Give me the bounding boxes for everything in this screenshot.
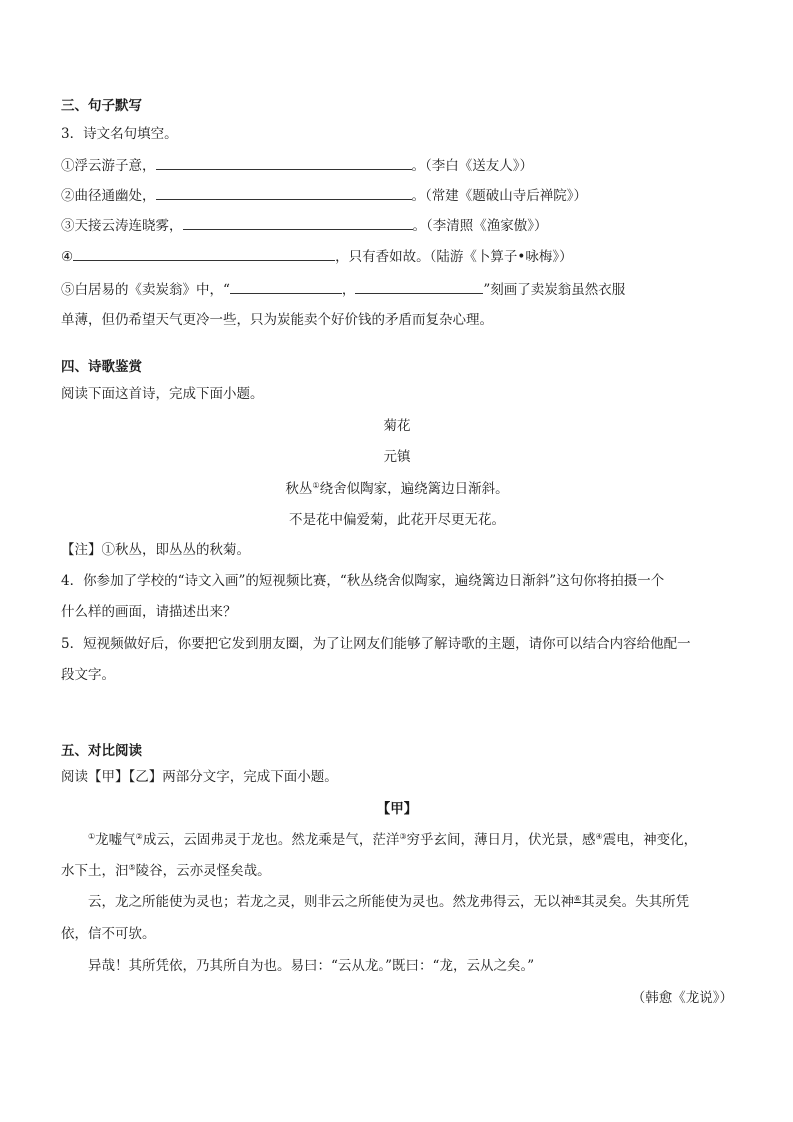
question-5-line-1: 5．短视频做好后，你要把它发到朋友圈，为了让网友们能够了解诗歌的主题，请你可以结… — [61, 635, 691, 653]
question-4-line-1: 4．你参加了学校的“诗文入画”的短视频比赛，“秋丛绕舍似陶家，遍绕篱边日渐斜”这… — [61, 572, 664, 590]
passage-jia-p1-line-2: 水下土，汩⑤陵谷，云亦灵怪矣哉。 — [61, 862, 271, 880]
poem-title: 菊花 — [61, 417, 733, 435]
answer-blank[interactable] — [73, 246, 335, 261]
question-3: 3．诗文名句填空。 — [61, 125, 178, 143]
section-5-heading: 五、对比阅读 — [61, 742, 142, 760]
fill-item-5: ⑤白居易的《卖炭翁》中，“，”刻画了卖炭翁虽然衣服 — [61, 279, 625, 299]
answer-blank[interactable] — [183, 215, 413, 230]
question-4-line-2: 什么样的画面，请描述出来？ — [61, 603, 237, 621]
poem-line-1: 秋丛①绕舍似陶家，遍绕篱边日渐斜。 — [61, 480, 733, 498]
answer-blank[interactable] — [355, 279, 483, 294]
answer-blank[interactable] — [156, 185, 412, 200]
fill-item-5-continued: 单薄，但仍希望天气更冷一些，只为炭能卖个好价钱的矛盾而复杂心理。 — [61, 311, 493, 329]
section-5-intro: 阅读【甲】【乙】两部分文字，完成下面小题。 — [61, 768, 338, 786]
passage-jia-p3: 异哉！其所凭依，乃其所自为也。易曰：“云从龙。”既曰：“龙，云从之矣。” — [61, 957, 534, 975]
passage-jia-p2-line-2: 依，信不可欤。 — [61, 925, 156, 943]
poem-line-2: 不是花中偏爱菊，此花开尽更无花。 — [61, 511, 733, 529]
section-3-heading: 三、句子默写 — [61, 97, 142, 115]
fill-item-1: ①浮云游子意，。（李白《送友人》） — [61, 155, 533, 175]
passage-jia-p1-line-1: ①龙嘘气②成云，云固弗灵于龙也。然龙乘是气，茫洋③穷乎玄间，薄日月，伏光景，感④… — [61, 831, 697, 849]
fill-item-3: ③天接云涛连晓雾，。（李清照《渔家傲》） — [61, 215, 548, 235]
poem-author: 元镇 — [61, 448, 733, 466]
passage-source: （韩愈《龙说》） — [61, 989, 733, 1007]
fill-item-2: ②曲径通幽处，。（常建《题破山寺后禅院》） — [61, 185, 587, 205]
poem-note: 【注】①秋丛，即丛丛的秋菊。 — [61, 541, 250, 559]
passage-jia-title: 【甲】 — [61, 800, 733, 818]
answer-blank[interactable] — [230, 279, 342, 294]
passage-jia-p2-line-1: 云，龙之所能使为灵也；若龙之灵，则非云之所能使为灵也。然龙弗得云，无以神⑥其灵矣… — [61, 893, 689, 911]
answer-blank[interactable] — [156, 155, 412, 170]
section-4-intro: 阅读下面这首诗，完成下面小题。 — [61, 385, 264, 403]
question-5-line-2: 段文字。 — [61, 666, 115, 684]
section-4-heading: 四、诗歌鉴赏 — [61, 358, 142, 376]
fill-item-4: ④，只有香如故。（陆游《卜算子•咏梅》） — [61, 246, 573, 266]
